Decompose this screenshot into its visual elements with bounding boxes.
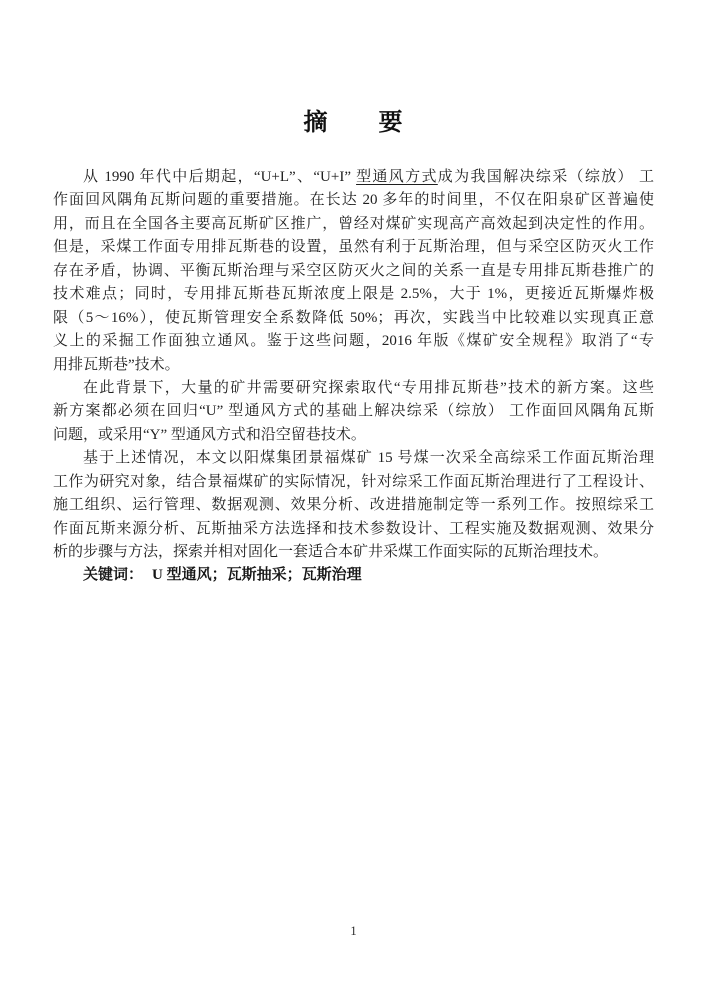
- text-line: 在此背景下，大量的矿井需要研究探索取代“专用排瓦斯巷”技术的新方案。这些: [53, 377, 654, 400]
- text-segment: 从 1990 年代中后期起，“U+L”、“U+I”: [83, 169, 356, 185]
- text-line: 从 1990 年代中后期起，“U+L”、“U+I” 型通风方式成为我国解决综采（…: [53, 166, 654, 189]
- text-line: 作面瓦斯来源分析、瓦斯抽采方法选择和技术参数设计、工程实施及数据观测、效果分: [53, 518, 654, 541]
- text-segment: 用，而且在全国各主要高瓦斯矿区推广，曾经对煤矿实现高产高效起到决定性的作用。: [53, 216, 654, 232]
- text-segment: 限（5～16%），使瓦斯管理安全系数降低 50%；再次，实践当中比较难以实现真正…: [53, 310, 654, 326]
- keywords-label: 关键词：: [83, 567, 143, 583]
- text-line: 技术难点；同时，专用排瓦斯巷瓦斯浓度上限是 2.5%，大于 1%，更接近瓦斯爆炸…: [53, 283, 654, 306]
- text-line: 析的步骤与方法，探索并相对固化一套适合本矿井采煤工作面实际的瓦斯治理技术。: [53, 541, 654, 564]
- text-line: 施工组织、运行管理、数据观测、效果分析、改进措施制定等一系列工作。按照综采工: [53, 494, 654, 517]
- text-line: 限（5～16%），使瓦斯管理安全系数降低 50%；再次，实践当中比较难以实现真正…: [53, 307, 654, 330]
- page-number: 1: [0, 924, 707, 939]
- text-segment: 用排瓦斯巷”技术。: [53, 357, 180, 373]
- paragraph: 从 1990 年代中后期起，“U+L”、“U+I” 型通风方式成为我国解决综采（…: [53, 166, 654, 377]
- document-page: 摘 要 从 1990 年代中后期起，“U+L”、“U+I” 型通风方式成为我国解…: [0, 0, 707, 1000]
- text-line: 作面回风隅角瓦斯问题的重要措施。在长达 20 多年的时间里，不仅在阳泉矿区普遍使: [53, 189, 654, 212]
- text-line: 义上的采掘工作面独立通风。鉴于这些问题，2016 年版《煤矿安全规程》取消了“专: [53, 330, 654, 353]
- text-segment: 作面回风隅角瓦斯问题的重要措施。在长达 20 多年的时间里，不仅在阳泉矿区普遍使: [53, 192, 654, 208]
- underlined-text: 型通风方式: [356, 169, 438, 185]
- text-line: 基于上述情况，本文以阳煤集团景福煤矿 15 号煤一次采全高综采工作面瓦斯治理: [53, 447, 654, 470]
- text-segment: 作面瓦斯来源分析、瓦斯抽采方法选择和技术参数设计、工程实施及数据观测、效果分: [53, 521, 654, 537]
- page-title: 摘 要: [0, 102, 707, 137]
- text-line: 新方案都必须在回归“U” 型通风方式的基础上解决综采（综放） 工作面回风隅角瓦斯: [53, 400, 654, 423]
- text-segment: 工作为研究对象，结合景福煤矿的实际情况，针对综采工作面瓦斯治理进行了工程设计、: [53, 474, 654, 490]
- paragraph: 在此背景下，大量的矿井需要研究探索取代“专用排瓦斯巷”技术的新方案。这些新方案都…: [53, 377, 654, 447]
- text-segment: 问题，或采用“Y” 型通风方式和沿空留巷技术。: [53, 427, 366, 443]
- text-segment: 基于上述情况，本文以阳煤集团景福煤矿 15 号煤一次采全高综采工作面瓦斯治理: [83, 450, 654, 466]
- keywords-text: U 型通风；瓦斯抽采；瓦斯治理: [152, 567, 362, 583]
- text-segment: 析的步骤与方法，探索并相对固化一套适合本矿井采煤工作面实际的瓦斯治理技术。: [53, 544, 608, 560]
- text-line: 但是，采煤工作面专用排瓦斯巷的设置，虽然有利于瓦斯治理，但与采空区防灭火工作: [53, 236, 654, 259]
- paragraph: 基于上述情况，本文以阳煤集团景福煤矿 15 号煤一次采全高综采工作面瓦斯治理工作…: [53, 447, 654, 564]
- text-segment: 成为我国解决综采（综放） 工: [438, 169, 654, 185]
- text-segment: 存在矛盾，协调、平衡瓦斯治理与采空区防灭火之间的关系一直是专用排瓦斯巷推广的: [53, 263, 654, 279]
- text-segment: 在此背景下，大量的矿井需要研究探索取代“专用排瓦斯巷”技术的新方案。这些: [83, 380, 654, 396]
- text-segment: 新方案都必须在回归“U” 型通风方式的基础上解决综采（综放） 工作面回风隅角瓦斯: [53, 403, 654, 419]
- text-line: 存在矛盾，协调、平衡瓦斯治理与采空区防灭火之间的关系一直是专用排瓦斯巷推广的: [53, 260, 654, 283]
- text-line: 用排瓦斯巷”技术。: [53, 354, 654, 377]
- text-segment: 施工组织、运行管理、数据观测、效果分析、改进措施制定等一系列工作。按照综采工: [53, 497, 654, 513]
- text-line: 问题，或采用“Y” 型通风方式和沿空留巷技术。: [53, 424, 654, 447]
- text-segment: 但是，采煤工作面专用排瓦斯巷的设置，虽然有利于瓦斯治理，但与采空区防灭火工作: [53, 239, 654, 255]
- abstract-body: 从 1990 年代中后期起，“U+L”、“U+I” 型通风方式成为我国解决综采（…: [53, 166, 654, 588]
- text-line: 用，而且在全国各主要高瓦斯矿区推广，曾经对煤矿实现高产高效起到决定性的作用。: [53, 213, 654, 236]
- text-segment: 技术难点；同时，专用排瓦斯巷瓦斯浓度上限是 2.5%，大于 1%，更接近瓦斯爆炸…: [53, 286, 654, 302]
- text-line: 工作为研究对象，结合景福煤矿的实际情况，针对综采工作面瓦斯治理进行了工程设计、: [53, 471, 654, 494]
- keywords-line: 关键词：U 型通风；瓦斯抽采；瓦斯治理: [53, 564, 654, 587]
- text-segment: 义上的采掘工作面独立通风。鉴于这些问题，2016 年版《煤矿安全规程》取消了“专: [53, 333, 654, 349]
